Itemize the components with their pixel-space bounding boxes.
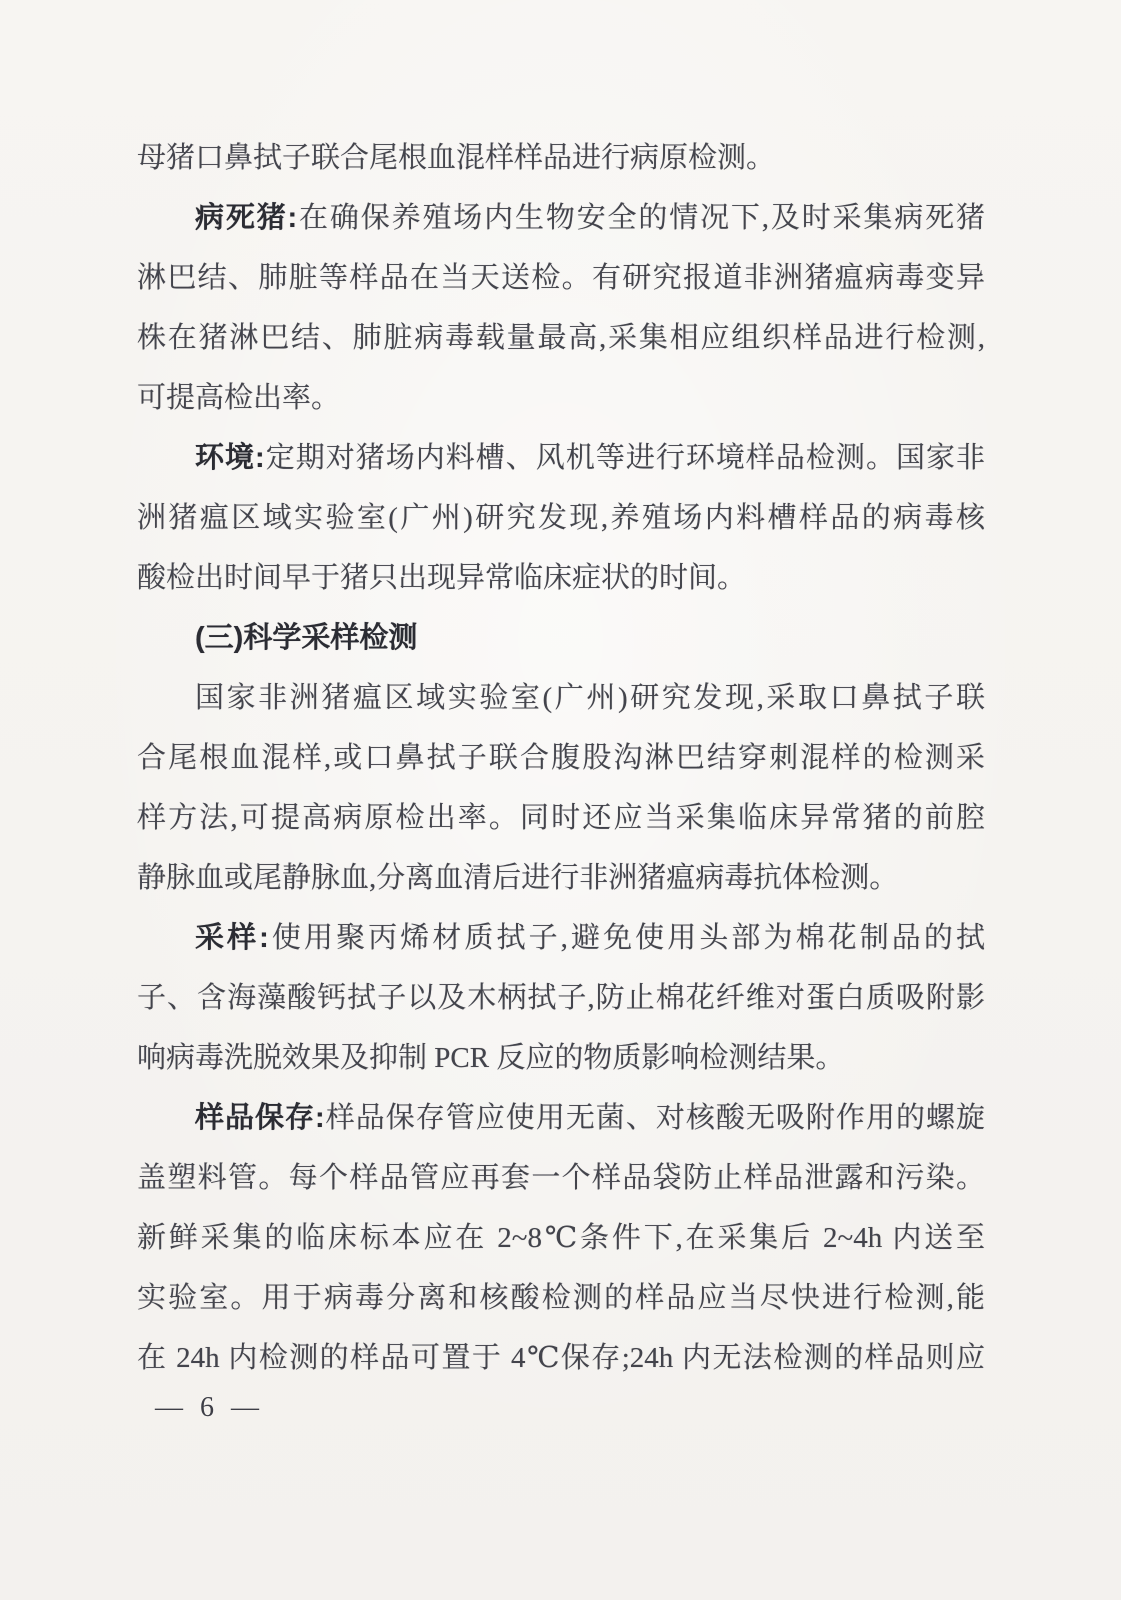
text-line: 静脉血或尾静脉血,分离血清后进行非洲猪瘟病毒抗体检测。 <box>137 848 985 908</box>
text-line: 在 24h 内检测的样品可置于 4℃保存;24h 内无法检测的样品则应 <box>137 1328 985 1388</box>
paragraph: 病死猪:在确保养殖场内生物安全的情况下,及时采集病死猪淋巴结、肺脏等样品在当天送… <box>137 188 985 428</box>
paragraph-lead: 病死猪: <box>195 202 297 234</box>
text-line: 可提高检出率。 <box>137 368 985 428</box>
text-line: 株在猪淋巴结、肺脏病毒载量最高,采集相应组织样品进行检测, <box>137 308 985 368</box>
paragraph: 国家非洲猪瘟区域实验室(广州)研究发现,采取口鼻拭子联合尾根血混样,或口鼻拭子联… <box>137 668 985 908</box>
text-line: 淋巴结、肺脏等样品在当天送检。有研究报道非洲猪瘟病毒变异 <box>137 248 985 308</box>
page-number: — 6 — <box>155 1378 264 1438</box>
text-line: 采样:使用聚丙烯材质拭子,避免使用头部为棉花制品的拭 <box>137 908 985 968</box>
paragraph-lead: 环境: <box>195 442 265 474</box>
text-line: 样品保存:样品保存管应使用无菌、对核酸无吸附作用的螺旋 <box>137 1088 985 1148</box>
section-heading: (三)科学采样检测 <box>137 608 985 668</box>
text-line: 合尾根血混样,或口鼻拭子联合腹股沟淋巴结穿刺混样的检测采 <box>137 728 985 788</box>
text-line: 盖塑料管。每个样品管应再套一个样品袋防止样品泄露和污染。 <box>137 1148 985 1208</box>
paragraph: 母猪口鼻拭子联合尾根血混样样品进行病原检测。 <box>137 128 985 188</box>
paragraph-lead: 采样: <box>195 922 269 954</box>
document-page: 母猪口鼻拭子联合尾根血混样样品进行病原检测。病死猪:在确保养殖场内生物安全的情况… <box>137 128 985 1388</box>
paragraph: 样品保存:样品保存管应使用无菌、对核酸无吸附作用的螺旋盖塑料管。每个样品管应再套… <box>137 1088 985 1388</box>
text-line: 样方法,可提高病原检出率。同时还应当采集临床异常猪的前腔 <box>137 788 985 848</box>
text-line: 国家非洲猪瘟区域实验室(广州)研究发现,采取口鼻拭子联 <box>137 668 985 728</box>
paragraph-lead: 样品保存: <box>195 1102 325 1134</box>
paragraph: 环境:定期对猪场内料槽、风机等进行环境样品检测。国家非洲猪瘟区域实验室(广州)研… <box>137 428 985 608</box>
text-line: 母猪口鼻拭子联合尾根血混样样品进行病原检测。 <box>137 128 985 188</box>
text-line: 病死猪:在确保养殖场内生物安全的情况下,及时采集病死猪 <box>137 188 985 248</box>
text-line: 响病毒洗脱效果及抑制 PCR 反应的物质影响检测结果。 <box>137 1028 985 1088</box>
text-line: 实验室。用于病毒分离和核酸检测的样品应当尽快进行检测,能 <box>137 1268 985 1328</box>
heading-line: (三)科学采样检测 <box>137 608 985 668</box>
text-line: 洲猪瘟区域实验室(广州)研究发现,养殖场内料槽样品的病毒核 <box>137 488 985 548</box>
text-line: 环境:定期对猪场内料槽、风机等进行环境样品检测。国家非 <box>137 428 985 488</box>
text-line: 酸检出时间早于猪只出现异常临床症状的时间。 <box>137 548 985 608</box>
text-line: 新鲜采集的临床标本应在 2~8℃条件下,在采集后 2~4h 内送至 <box>137 1208 985 1268</box>
text-line: 子、含海藻酸钙拭子以及木柄拭子,防止棉花纤维对蛋白质吸附影 <box>137 968 985 1028</box>
paragraph: 采样:使用聚丙烯材质拭子,避免使用头部为棉花制品的拭子、含海藻酸钙拭子以及木柄拭… <box>137 908 985 1088</box>
